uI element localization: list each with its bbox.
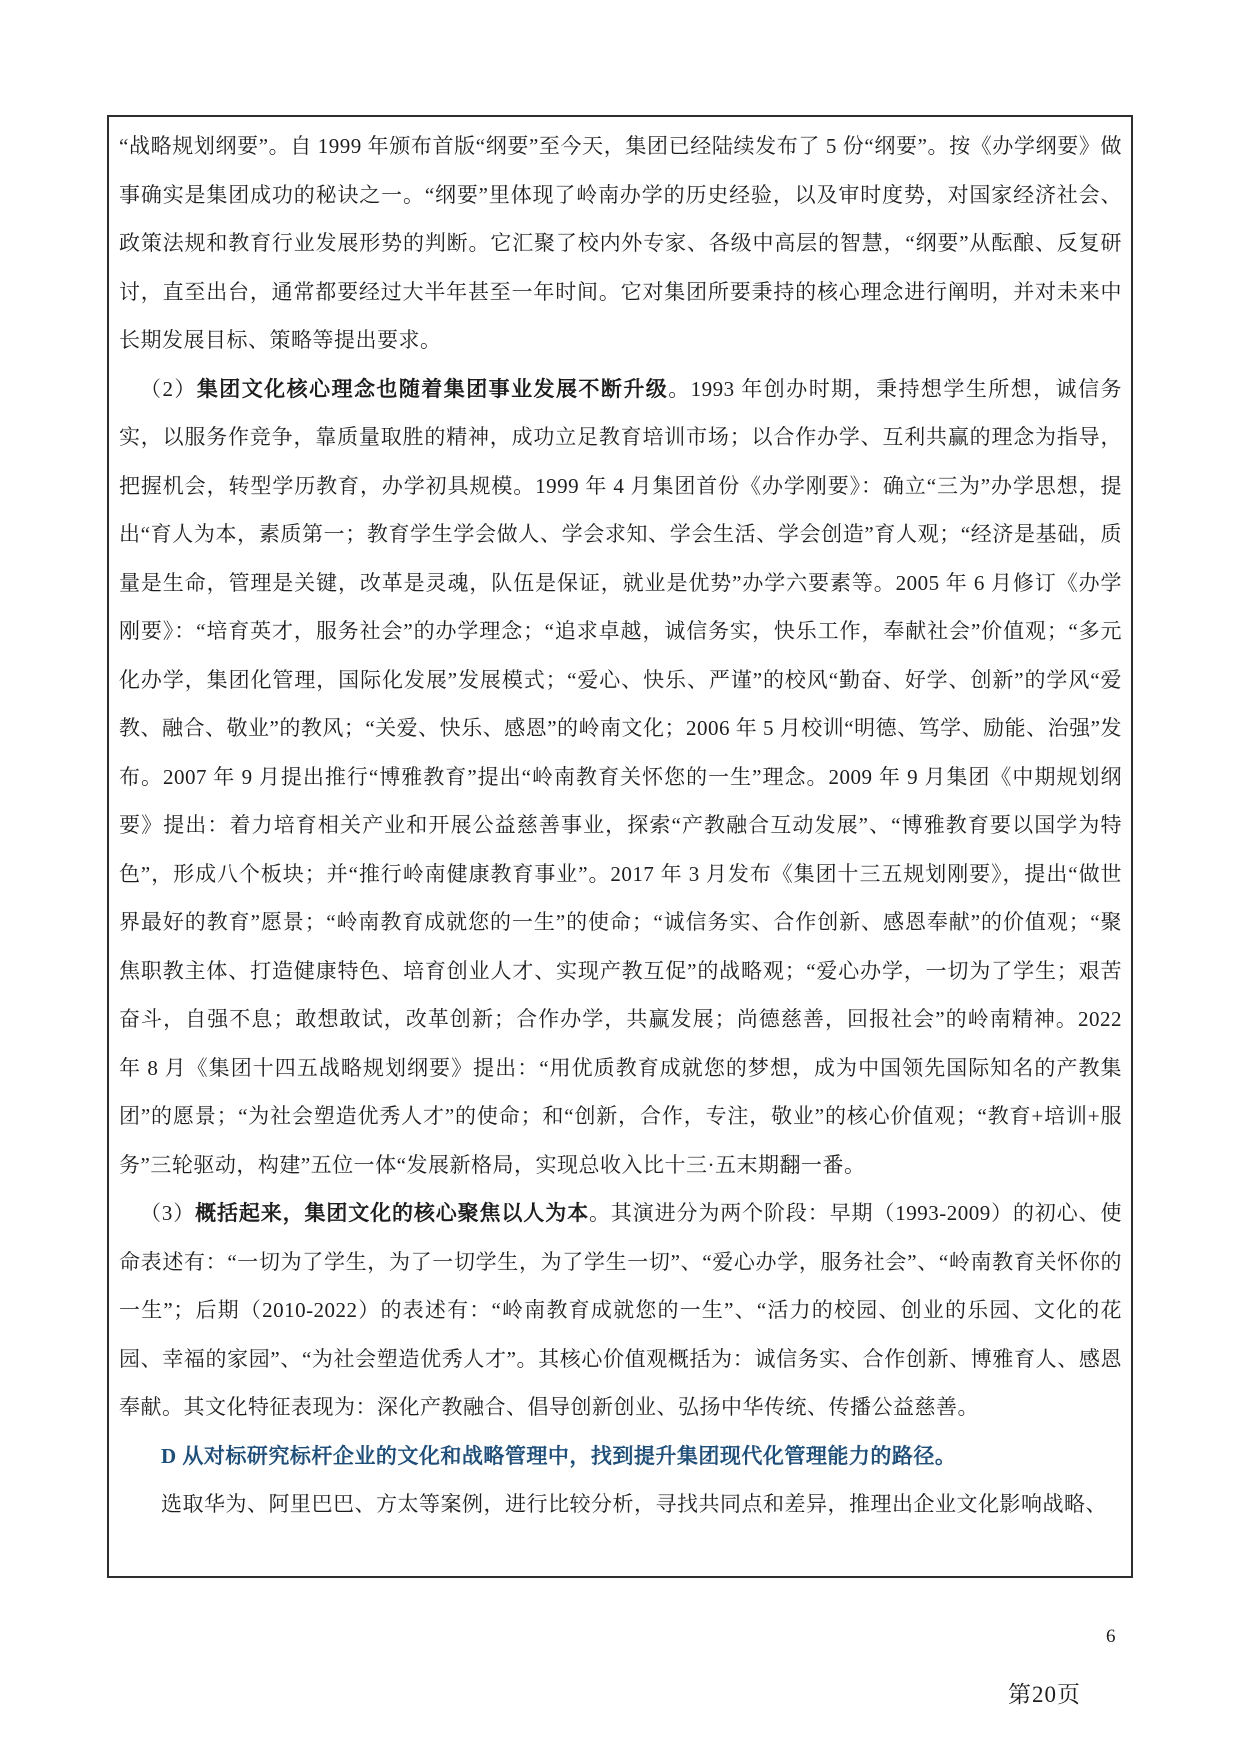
page-number: 6 xyxy=(1106,1626,1116,1648)
footer-page-label: 第20页 xyxy=(1008,1676,1081,1709)
paragraph-2: （2）集团文化核心理念也随着集团事业发展不断升级。1993 年创办时期，秉持想学… xyxy=(119,365,1122,1190)
paragraph-continuation: “战略规划纲要”。自 1999 年颁布首版“纲要”至今天，集团已经陆续发布了 5… xyxy=(119,122,1122,365)
document-table-cell: “战略规划纲要”。自 1999 年颁布首版“纲要”至今天，集团已经陆续发布了 5… xyxy=(107,115,1133,1578)
document-page: “战略规划纲要”。自 1999 年颁布首版“纲要”至今天，集团已经陆续发布了 5… xyxy=(0,0,1240,1753)
paragraph-final: 选取华为、阿里巴巴、方太等案例，进行比较分析，寻找共同点和差异，推理出企业文化影… xyxy=(119,1480,1122,1529)
paragraph-3: （3）概括起来，集团文化的核心聚焦以人为本。其演进分为两个阶段：早期（1993-… xyxy=(119,1189,1122,1432)
heading-d: D 从对标研究标杆企业的文化和战略管理中，找到提升集团现代化管理能力的路径。 xyxy=(119,1432,1122,1481)
